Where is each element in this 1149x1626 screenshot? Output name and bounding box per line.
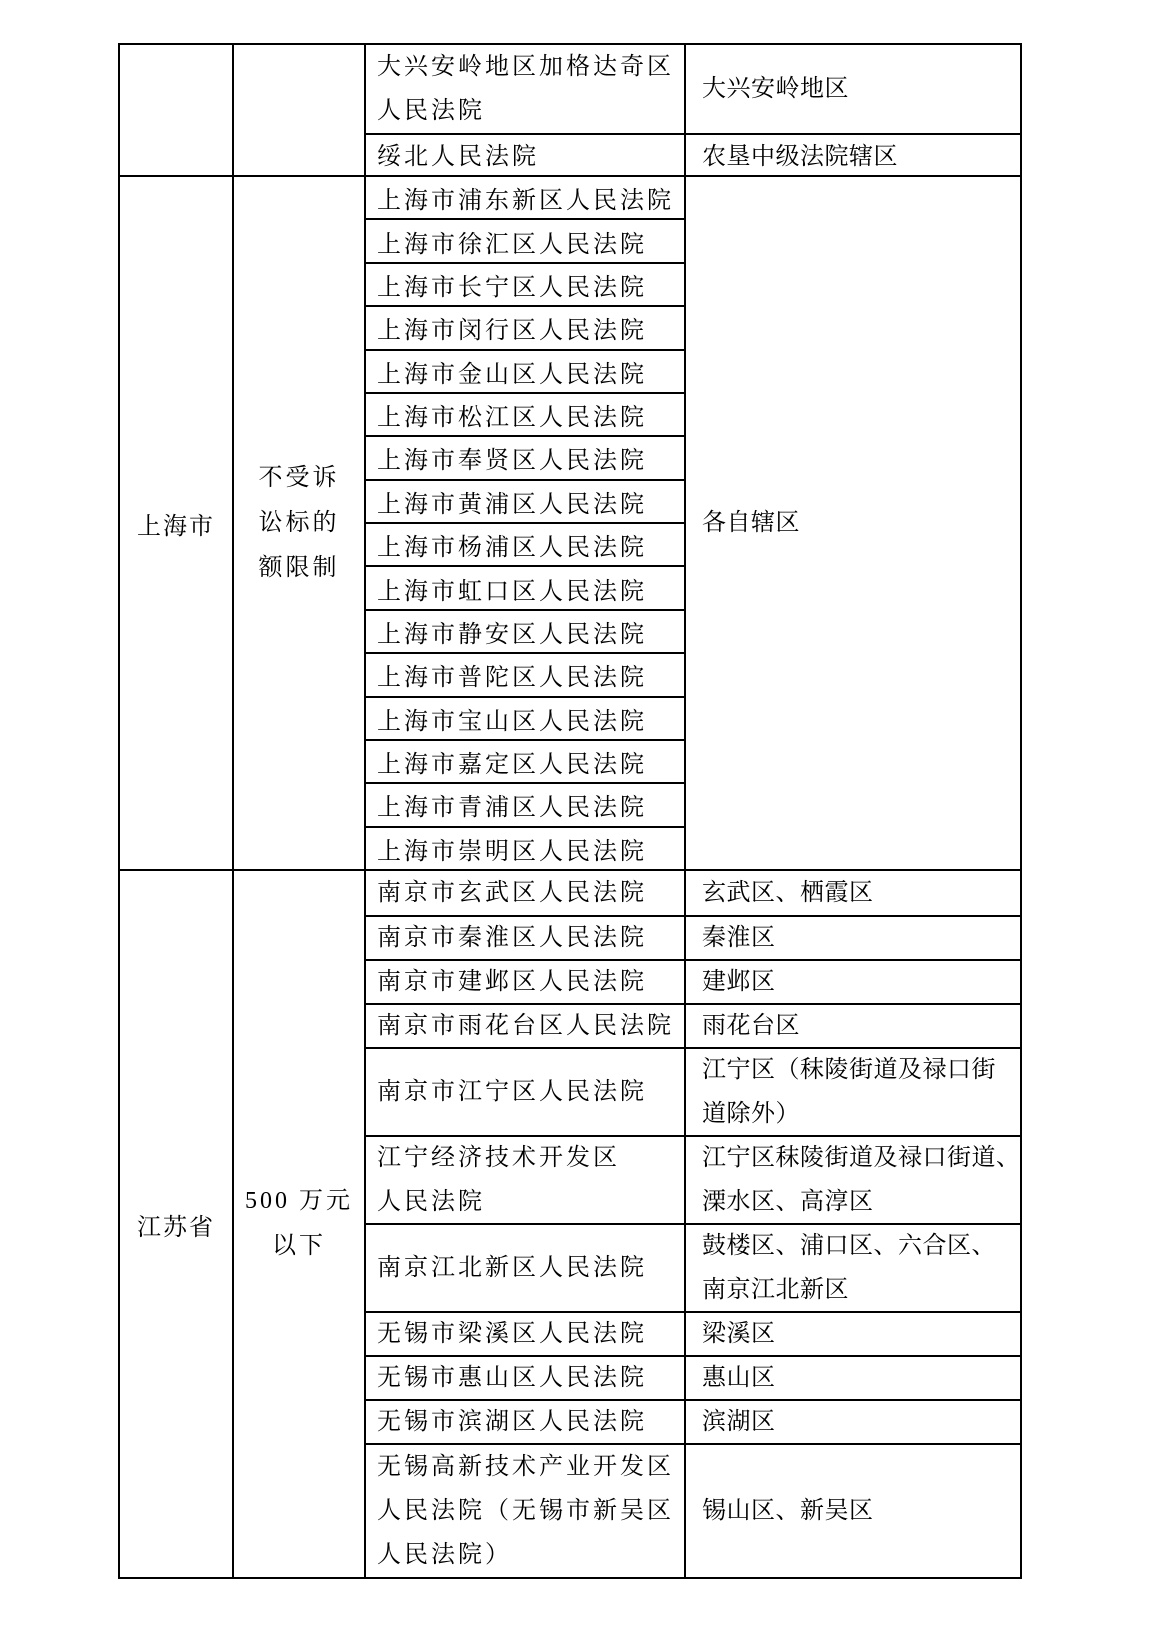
jurisdiction-cell: 秦淮区 [686,917,1021,959]
courts-column: 上海市浦东新区人民法院 上海市徐汇区人民法院 上海市长宁区人民法院 上海市闵行区… [366,177,686,869]
jurisdiction-cell: 玄武区、栖霞区 [686,871,1021,915]
table-section-jiangsu: 江苏省 500 万元 以下 南京市玄武区人民法院 玄武区、栖霞区 南京市秦淮区人… [120,869,1020,1577]
jurisdiction-cell: 鼓楼区、浦口区、六合区、 南京江北新区 [686,1225,1021,1311]
court-cell: 南京市雨花台区人民法院 [366,1005,686,1047]
court-cell: 上海市黄浦区人民法院 [366,479,684,522]
court-cell: 南京市秦淮区人民法院 [366,917,686,959]
court-cell: 无锡高新技术产业开发区 人民法院（无锡市新吴区 人民法院） [366,1445,686,1577]
jurisdiction-cell: 江宁区（秣陵街道及禄口街 道除外） [686,1049,1021,1135]
table-row: 无锡市梁溪区人民法院 梁溪区 [366,1311,1021,1355]
court-cell: 绥北人民法院 [366,135,686,179]
table-row: 南京市江宁区人民法院 江宁区（秣陵街道及禄口街 道除外） [366,1047,1021,1135]
court-cell: 上海市奉贤区人民法院 [366,435,684,478]
court-cell: 上海市松江区人民法院 [366,392,684,435]
court-cell: 上海市浦东新区人民法院 [366,177,684,218]
court-cell: 上海市普陀区人民法院 [366,652,684,695]
court-cell: 江宁经济技术开发区 人民法院 [366,1137,686,1223]
table-section-shanghai: 上海市 不受诉 讼标的 额限制 上海市浦东新区人民法院 上海市徐汇区人民法院 上… [120,175,1020,869]
jurisdiction-cell: 大兴安岭地区 [686,45,1020,133]
court-cell: 上海市嘉定区人民法院 [366,739,684,782]
table-row: 绥北人民法院 农垦中级法院辖区 [366,133,1020,179]
court-cell: 上海市金山区人民法院 [366,349,684,392]
jurisdiction-cell-merged: 各自辖区 [686,177,1020,869]
court-cell: 南京市江宁区人民法院 [366,1049,686,1135]
table-row: 无锡市滨湖区人民法院 滨湖区 [366,1399,1021,1443]
court-cell: 上海市静安区人民法院 [366,609,684,652]
table-row: 江宁经济技术开发区 人民法院 江宁区秣陵街道及禄口街道、 溧水区、高淳区 [366,1135,1021,1223]
table-row: 南京市玄武区人民法院 玄武区、栖霞区 [366,871,1021,915]
court-cell: 南京市玄武区人民法院 [366,871,686,915]
court-cell: 上海市宝山区人民法院 [366,696,684,739]
table-section-continuation: 大兴安岭地区加格达奇区 人民法院 大兴安岭地区 绥北人民法院 农垦中级法院辖区 [120,45,1020,175]
court-cell: 上海市徐汇区人民法院 [366,218,684,261]
jurisdiction-cell: 梁溪区 [686,1313,1021,1355]
court-cell: 上海市杨浦区人民法院 [366,522,684,565]
court-cell: 上海市虹口区人民法院 [366,565,684,608]
table-row: 南京市秦淮区人民法院 秦淮区 [366,915,1021,959]
document-page: 大兴安岭地区加格达奇区 人民法院 大兴安岭地区 绥北人民法院 农垦中级法院辖区 … [0,0,1149,1626]
table-row: 无锡高新技术产业开发区 人民法院（无锡市新吴区 人民法院） 锡山区、新吴区 [366,1443,1021,1577]
amount-cell-empty [234,45,366,175]
jurisdiction-cell: 滨湖区 [686,1401,1021,1443]
table-row: 无锡市惠山区人民法院 惠山区 [366,1355,1021,1399]
jurisdiction-cell: 农垦中级法院辖区 [686,135,1020,179]
court-cell: 南京江北新区人民法院 [366,1225,686,1311]
amount-cell: 500 万元 以下 [234,871,366,1577]
court-cell: 南京市建邺区人民法院 [366,961,686,1003]
table-row: 大兴安岭地区加格达奇区 人民法院 大兴安岭地区 [366,45,1020,133]
court-cell: 上海市崇明区人民法院 [366,826,684,869]
table-row: 南京江北新区人民法院 鼓楼区、浦口区、六合区、 南京江北新区 [366,1223,1021,1311]
jurisdiction-cell: 锡山区、新吴区 [686,1445,1021,1577]
court-cell: 上海市青浦区人民法院 [366,782,684,825]
jurisdiction-cell: 惠山区 [686,1357,1021,1399]
court-cell: 上海市长宁区人民法院 [366,262,684,305]
amount-cell: 不受诉 讼标的 额限制 [234,177,366,869]
court-jurisdiction-table: 大兴安岭地区加格达奇区 人民法院 大兴安岭地区 绥北人民法院 农垦中级法院辖区 … [118,43,1022,1579]
court-cell: 无锡市滨湖区人民法院 [366,1401,686,1443]
province-cell: 上海市 [120,177,234,869]
jurisdiction-cell: 江宁区秣陵街道及禄口街道、 溧水区、高淳区 [686,1137,1021,1223]
rows-group: 南京市玄武区人民法院 玄武区、栖霞区 南京市秦淮区人民法院 秦淮区 南京市建邺区… [366,871,1021,1577]
court-cell: 无锡市梁溪区人民法院 [366,1313,686,1355]
jurisdiction-cell: 建邺区 [686,961,1021,1003]
table-row: 南京市建邺区人民法院 建邺区 [366,959,1021,1003]
table-row: 南京市雨花台区人民法院 雨花台区 [366,1003,1021,1047]
province-cell-empty [120,45,234,175]
jurisdiction-cell: 雨花台区 [686,1005,1021,1047]
court-cell: 无锡市惠山区人民法院 [366,1357,686,1399]
court-cell: 上海市闵行区人民法院 [366,305,684,348]
rows-group: 大兴安岭地区加格达奇区 人民法院 大兴安岭地区 绥北人民法院 农垦中级法院辖区 [366,45,1020,175]
province-cell: 江苏省 [120,871,234,1577]
court-cell: 大兴安岭地区加格达奇区 人民法院 [366,45,686,133]
